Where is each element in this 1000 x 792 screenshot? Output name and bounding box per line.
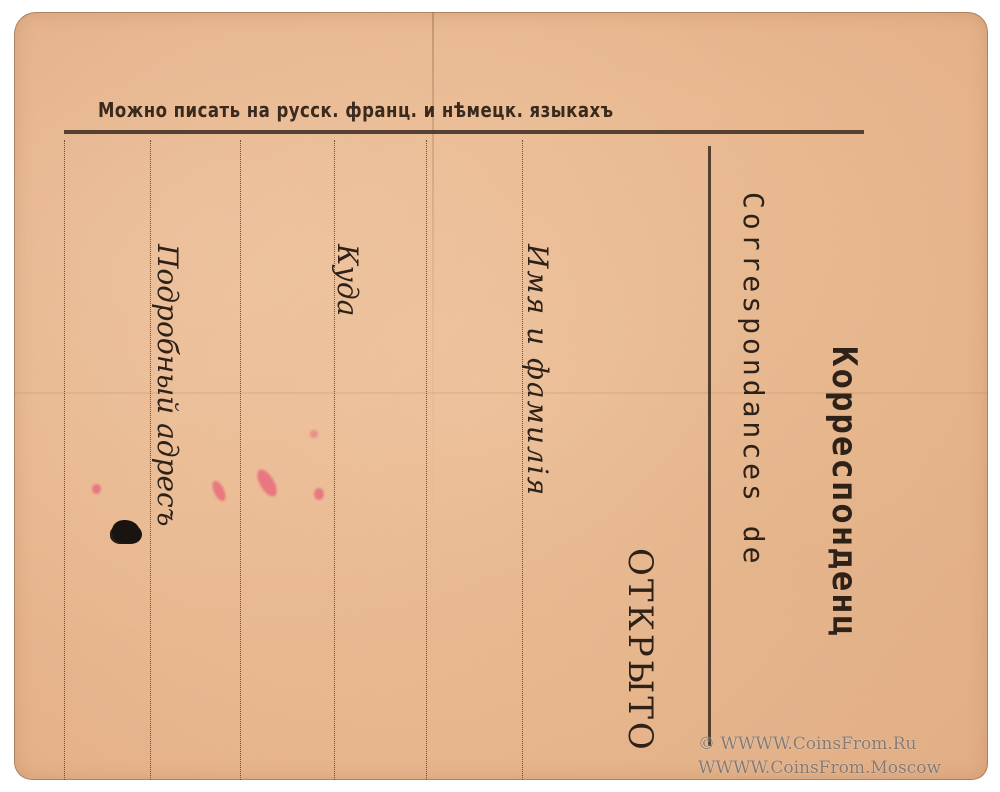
pink-stain (310, 430, 318, 438)
field-label-name: Имя и фамилія (521, 244, 554, 497)
field-label-where: Куда (331, 244, 364, 316)
watermark-line-2: WWWW.CoinsFrom.Moscow (698, 756, 941, 780)
header-instruction: Можно писать на русск. франц. и нѣмецк. … (98, 98, 797, 122)
dotted-line (426, 140, 427, 780)
dotted-line (240, 140, 241, 780)
dotted-line (64, 140, 65, 780)
pink-stain (314, 488, 324, 500)
title-french: Correspondances de (737, 192, 770, 567)
dotted-line (334, 140, 335, 780)
card-title: ОТКРЫТО (620, 548, 660, 753)
watermark: © WWWW.CoinsFrom.Ru WWWW.CoinsFrom.Mosco… (698, 732, 941, 780)
postcard: Можно писать на русск. франц. и нѣмецк. … (14, 12, 988, 780)
ink-blot (112, 520, 140, 544)
watermark-line-1: © WWWW.CoinsFrom.Ru (698, 732, 941, 756)
pink-stain (92, 484, 101, 494)
field-label-full-address: Подробный адресъ (151, 244, 184, 526)
pink-stain (253, 467, 280, 500)
header-rule (64, 130, 864, 134)
title-russian: Корреспонденц (824, 346, 864, 638)
divider-line (708, 146, 711, 746)
pink-stain (210, 479, 228, 503)
fold-crease-vertical (432, 12, 434, 780)
